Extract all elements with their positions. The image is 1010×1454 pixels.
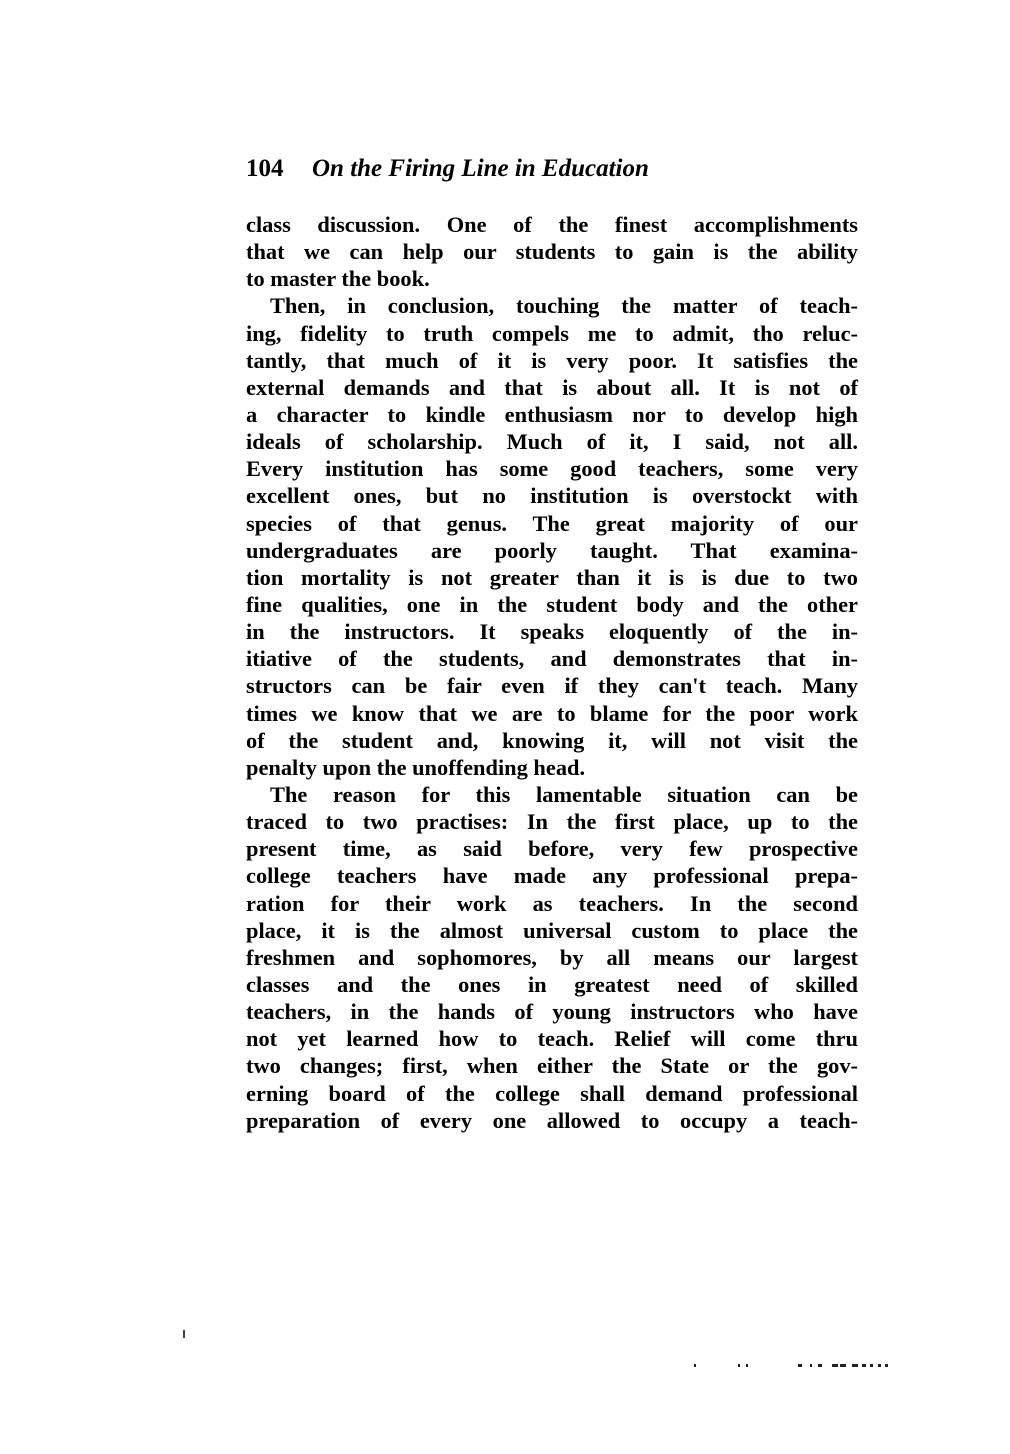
speck — [738, 1364, 740, 1367]
text-line: classes and the ones in greatest need of… — [246, 971, 858, 998]
speck — [885, 1364, 888, 1367]
text-line: fine qualities, one in the student body … — [246, 591, 858, 618]
text-line: two changes; first, when either the Stat… — [246, 1052, 858, 1079]
text-line: excellent ones, but no institution is ov… — [246, 482, 858, 509]
text-line: present time, as said before, very few p… — [246, 835, 858, 862]
speck — [818, 1364, 822, 1367]
text-line: in the instructors. It speaks eloquently… — [246, 618, 858, 645]
body-text: class discussion. One of the finest acco… — [246, 211, 858, 1134]
text-line: to master the book. — [246, 265, 858, 292]
speck — [694, 1364, 696, 1367]
text-line: itiative of the students, and demonstrat… — [246, 645, 858, 672]
speck — [870, 1364, 873, 1367]
book-page: 104On the Firing Line in Education class… — [0, 0, 1010, 1454]
speck — [878, 1364, 881, 1367]
text-line: tion mortality is not greater than it is… — [246, 564, 858, 591]
text-line: times we know that we are to blame for t… — [246, 700, 858, 727]
text-line: that we can help our students to gain is… — [246, 238, 858, 265]
scan-artifact-mark — [183, 1330, 185, 1338]
text-line: traced to two practises: In the first pl… — [246, 808, 858, 835]
scan-artifact-specks — [680, 1362, 900, 1368]
text-line: of the student and, knowing it, will not… — [246, 727, 858, 754]
speck — [840, 1364, 846, 1367]
speck — [862, 1364, 866, 1367]
text-line: The reason for this lamentable situation… — [246, 781, 858, 808]
text-line: ration for their work as teachers. In th… — [246, 890, 858, 917]
running-head: 104On the Firing Line in Education — [246, 151, 866, 187]
book-title: On the Firing Line in Education — [312, 155, 649, 182]
paragraph: class discussion. One of the finest acco… — [246, 211, 858, 292]
text-line: tantly, that much of it is very poor. It… — [246, 347, 858, 374]
text-line: teachers, in the hands of young instruct… — [246, 998, 858, 1025]
speck — [798, 1364, 802, 1367]
text-line: external demands and that is about all. … — [246, 374, 858, 401]
speck — [746, 1364, 748, 1367]
text-line: Every institution has some good teachers… — [246, 455, 858, 482]
text-line: penalty upon the unoffending head. — [246, 754, 858, 781]
text-line: ideals of scholarship. Much of it, I sai… — [246, 428, 858, 455]
speck — [852, 1364, 858, 1367]
text-line: freshmen and sophomores, by all means ou… — [246, 944, 858, 971]
text-line: preparation of every one allowed to occu… — [246, 1107, 858, 1134]
page-number: 104 — [246, 151, 312, 187]
speck — [810, 1364, 812, 1367]
speck — [832, 1364, 838, 1367]
paragraph: Then, in conclusion, touching the matter… — [246, 292, 858, 781]
text-line: place, it is the almost universal custom… — [246, 917, 858, 944]
text-line: class discussion. One of the finest acco… — [246, 211, 858, 238]
paragraph: The reason for this lamentable situation… — [246, 781, 858, 1134]
text-line: Then, in conclusion, touching the matter… — [246, 292, 858, 319]
text-line: erning board of the college shall demand… — [246, 1080, 858, 1107]
text-line: species of that genus. The great majorit… — [246, 510, 858, 537]
text-line: structors can be fair even if they can't… — [246, 672, 858, 699]
text-line: not yet learned how to teach. Relief wil… — [246, 1025, 858, 1052]
text-line: a character to kindle enthusiasm nor to … — [246, 401, 858, 428]
text-line: ing, fidelity to truth compels me to adm… — [246, 320, 858, 347]
text-line: college teachers have made any professio… — [246, 862, 858, 889]
text-line: undergraduates are poorly taught. That e… — [246, 537, 858, 564]
